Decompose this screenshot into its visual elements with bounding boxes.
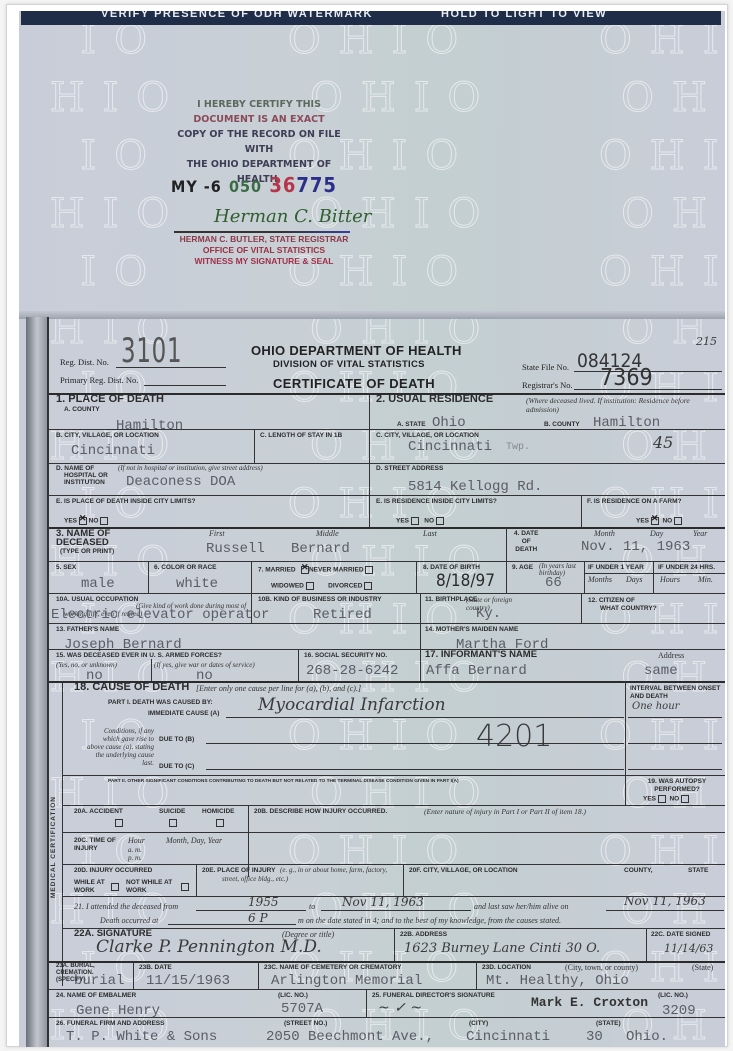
- physician-address: 1623 Burney Lane Cinti 30 O.: [404, 941, 600, 956]
- residence-limits-options: YES NO: [396, 517, 444, 525]
- father-label: 13. FATHER'S NAME: [56, 626, 119, 634]
- label-line: OF: [514, 538, 538, 546]
- year-label: Year: [693, 529, 707, 538]
- attended-from-label: 21. I attended the deceased from: [74, 902, 178, 911]
- location-label: 23d. LOCATION: [482, 964, 531, 972]
- row-rule: [49, 495, 725, 496]
- length-of-stay-label: c. LENGTH OF STAY IN 1b: [260, 432, 342, 440]
- division-title: DIVISION OF VITAL STATISTICS: [273, 359, 425, 370]
- registrar-block: HERMAN C. BUTLER, STATE REGISTRAR OFFICE…: [164, 234, 364, 267]
- primary-reg-label: Primary Reg. Dist. No.: [60, 375, 138, 385]
- describe-injury-note: (Enter nature of injury in Part I or Par…: [424, 807, 586, 816]
- divorced-checkbox[interactable]: [364, 582, 372, 590]
- due-to-b-label: DUE TO (b): [159, 736, 194, 744]
- middle-name-value: Bernard: [291, 541, 350, 557]
- suicide-label: SUICIDE: [159, 808, 185, 816]
- due-to-c-label: DUE TO (c): [159, 763, 194, 771]
- ssn-label: 16. SOCIAL SECURITY NO.: [304, 652, 387, 660]
- city-label: b. CITY, VILLAGE, OR LOCATION: [56, 432, 159, 440]
- state-file-label: State File No.: [522, 362, 569, 372]
- date-of-death-label: 4. DATE OF DEATH: [514, 530, 538, 554]
- director-name-value: Mark E. Croxton: [531, 995, 648, 1010]
- autopsy-no-checkbox[interactable]: [681, 795, 689, 803]
- reg-dist-label: Reg. Dist. No.: [60, 357, 109, 367]
- hospital-label: INSTITUTION: [64, 479, 105, 487]
- cemetery-label: 23c. NAME OF CEMETERY OR CREMATORY: [264, 964, 401, 972]
- answer-line: [168, 924, 296, 925]
- interval-value: One hour: [632, 701, 679, 712]
- stamp-line: I HEREBY CERTIFY THIS: [164, 97, 354, 112]
- autopsy-options: YES NO: [643, 795, 689, 803]
- death-city-value: Cincinnati: [71, 443, 155, 459]
- name-label-line: DECEASED: [56, 538, 110, 547]
- never-married-label: NEVER MARRIED: [309, 567, 364, 574]
- column-divider: [369, 495, 370, 527]
- am-pm-label: a. m. p. m.: [128, 846, 148, 862]
- residence-zone-value: 45: [653, 433, 673, 452]
- homicide-label: HOMICIDE: [202, 808, 235, 816]
- age-label-text: 9. AGE: [512, 564, 533, 571]
- column-divider: [251, 593, 252, 623]
- interval-label: INTERVAL BETWEEN ONSET AND DEATH: [630, 685, 722, 701]
- firm-state-label: (STATE): [596, 1020, 621, 1028]
- label-line: DEATH: [514, 546, 538, 554]
- banner-right-text: HOLD TO LIGHT TO VIEW: [441, 11, 607, 21]
- physician-signature: Clarke P. Pennington M.D.: [96, 937, 322, 957]
- mother-label: 14. MOTHER'S MAIDEN NAME: [425, 626, 518, 634]
- sex-value: male: [81, 576, 115, 592]
- column-divider: [394, 928, 395, 961]
- no-checkbox[interactable]: [674, 517, 682, 525]
- type-or-print-label: (TYPE OR PRINT): [60, 548, 114, 556]
- cause-code: 4201: [476, 719, 552, 754]
- funeral-firm-city: Cincinnati: [466, 1029, 550, 1045]
- answer-line: [321, 910, 471, 911]
- first-name-value: Russell: [206, 541, 265, 557]
- hours-label: Hours: [660, 575, 680, 584]
- yes-checkbox[interactable]: [651, 517, 659, 525]
- embalmer-lic-label: (LIC. NO.): [278, 992, 308, 1000]
- answer-line: [628, 717, 722, 718]
- street-no-label: (STREET NO.): [284, 1020, 327, 1028]
- no-checkbox[interactable]: [436, 517, 444, 525]
- column-divider: [298, 649, 299, 681]
- column-divider: [420, 593, 421, 623]
- while-at-work-checkbox[interactable]: [111, 883, 119, 891]
- cause-of-death-label: 18. CAUSE OF DEATH: [74, 684, 189, 692]
- column-divider: [366, 989, 367, 1017]
- embalmer-label: 24. NAME OF EMBALMER: [56, 992, 136, 1000]
- label-line: 12. CITIZEN OF: [588, 597, 657, 605]
- burial-type-value: burial: [74, 973, 124, 989]
- autopsy-label: 19. WAS AUTOPSY PERFORMED?: [632, 778, 722, 794]
- attended-to-value: Nov 11, 1963: [342, 895, 424, 909]
- widowed-row: WIDOWED DIVORCED: [271, 582, 372, 590]
- age-label: 9. AGE: [512, 564, 533, 572]
- armed-forces-label: 15. WAS DECEASED EVER IN U. S. ARMED FOR…: [56, 652, 222, 660]
- first-label: First: [209, 529, 225, 538]
- usual-residence-label: 2. USUAL RESIDENCE: [376, 396, 493, 404]
- funeral-firm-name: T. P. White & Sons: [66, 1029, 217, 1045]
- place-of-death-label: 1. PLACE OF DEATH: [56, 396, 164, 404]
- label-line: WHAT COUNTRY?: [588, 605, 657, 613]
- state-label: a. STATE: [397, 421, 426, 429]
- describe-injury-label: 20b. DESCRIBE HOW INJURY OCCURRED.: [254, 808, 387, 816]
- row-rule: [49, 593, 725, 594]
- column-divider: [584, 561, 585, 593]
- no-label: NO: [662, 518, 672, 525]
- middle-label: Middle: [316, 529, 339, 538]
- birth-date-value: 8/18/97: [436, 571, 495, 591]
- not-while-at-work-checkbox[interactable]: [181, 883, 189, 891]
- row-rule: [49, 561, 725, 562]
- registrar-line: HERMAN C. BUTLER, STATE REGISTRAR: [164, 234, 364, 245]
- certificate-form: MEDICAL CERTIFICATION Reg. Dist. No. 310…: [26, 317, 725, 1047]
- row-rule: [62, 832, 725, 833]
- row-rule: [584, 573, 725, 574]
- document-page: IO OHIO OHIO OHIO OHIO HIO OHIO OHIO OHI…: [6, 4, 728, 1047]
- column-divider: [420, 649, 421, 681]
- street-address-value: 5814 Kellogg Rd.: [408, 479, 542, 495]
- autopsy-yes-checkbox[interactable]: [658, 795, 666, 803]
- residence-county-label: b. COUNTY: [544, 421, 580, 429]
- death-occurred-label: Death occurred at: [100, 916, 158, 925]
- stamp-line: COPY OF THE RECORD ON FILE WITH: [164, 127, 354, 157]
- medical-border: [62, 681, 63, 986]
- accident-checkbox[interactable]: [115, 819, 123, 827]
- stamp-line: DOCUMENT IS AN EXACT: [164, 112, 354, 127]
- serial-part: 6: [211, 177, 222, 196]
- column-divider: [653, 561, 654, 593]
- farm-options: YES NO: [636, 517, 682, 525]
- serial-part: 0: [251, 177, 262, 196]
- informant-address-label: Address: [658, 651, 684, 660]
- answer-line: [206, 769, 624, 770]
- suicide-checkbox[interactable]: [169, 819, 177, 827]
- row-rule: [62, 864, 725, 865]
- while-at-work-label: WHILE AT WORK: [74, 879, 112, 895]
- residence-city-suffix: Twp.: [506, 442, 530, 453]
- burial-date-label: 23b. DATE: [139, 964, 172, 972]
- conditions-note: Conditions, if any which gave rise to ab…: [86, 727, 154, 767]
- residence-city-value: Cincinnati: [408, 439, 492, 455]
- column-divider: [506, 527, 507, 561]
- hour-label: Hour: [128, 836, 145, 845]
- residence-limits-label: e. IS RESIDENCE INSIDE CITY LIMITS?: [376, 498, 497, 506]
- yes-checkbox[interactable]: [411, 517, 419, 525]
- yes-label: YES: [396, 518, 409, 525]
- director-lic-label: (LIC. NO.): [658, 992, 688, 1000]
- serial-part: 36: [269, 173, 296, 197]
- hospital-value: Deaconess DOA: [126, 474, 235, 490]
- registrar-signature: Herman C. Bitter: [214, 206, 371, 227]
- informant-address-value: same: [644, 663, 678, 679]
- widowed-label: WIDOWED: [271, 583, 304, 590]
- age-value: 66: [545, 575, 562, 591]
- director-signature-scrawl: ~ ✓ ~: [378, 1000, 422, 1016]
- name-label: 3. NAME OF DECEASED: [56, 529, 110, 547]
- row-rule: [62, 805, 725, 806]
- director-signature-label: 25. FUNERAL DIRECTOR'S SIGNATURE: [372, 992, 495, 1000]
- death-certificate: IO OHIO OHIO OHIO OHIO HIO OHIO OHIO OHI…: [19, 11, 725, 1047]
- margin-note: 215: [696, 335, 717, 348]
- hospital-note: (If not in hospital or institution, give…: [118, 464, 263, 472]
- father-value: Joseph Bernard: [64, 637, 182, 653]
- watermark-banner: VERIFY PRESENCE OF ODH WATERMARK HOLD TO…: [21, 11, 721, 25]
- date-signed-label: 22c. DATE SIGNED: [651, 931, 710, 939]
- stamp-serial-number: MY -6 050 36775: [171, 173, 337, 197]
- column-divider: [581, 495, 582, 527]
- column-divider: [133, 961, 134, 989]
- column-divider: [476, 961, 477, 989]
- never-married-checkbox[interactable]: [365, 566, 373, 574]
- informant-label: 17. INFORMANT'S NAME: [425, 651, 537, 659]
- cemetery-value: Arlington Memorial: [271, 973, 422, 989]
- last-saw-label: and last saw her/him alive on: [474, 902, 568, 911]
- row-rule: [49, 623, 725, 624]
- funeral-firm-street: 2050 Beechmont Ave.,: [266, 1029, 434, 1045]
- section-rule: [49, 527, 725, 529]
- column-divider: [581, 593, 582, 623]
- date-of-death-value: Nov. 11, 1963: [581, 539, 690, 555]
- injury-county-label: COUNTY,: [624, 867, 653, 875]
- funeral-firm-zone: 30: [586, 1029, 603, 1045]
- citizen-label: 12. CITIZEN OF WHAT COUNTRY?: [588, 597, 657, 612]
- divorced-label: DIVORCED: [328, 583, 362, 590]
- column-divider: [625, 681, 626, 805]
- married-checkbox[interactable]: [301, 566, 309, 574]
- race-value: white: [176, 576, 218, 592]
- serial-part: 05: [229, 177, 251, 196]
- yes-label: YES: [636, 518, 649, 525]
- serial-part: 775: [296, 173, 337, 197]
- last-label: Last: [423, 529, 437, 538]
- banner-left-text: VERIFY PRESENCE OF ODH WATERMARK: [101, 11, 373, 21]
- informant-value: Affa Bernard: [426, 663, 527, 679]
- column-divider: [506, 561, 507, 593]
- answer-line: [206, 743, 624, 744]
- column-divider: [258, 961, 259, 989]
- cause-note: [Enter only one cause per line for (a), …: [196, 684, 361, 693]
- death-time-value: 6 P: [248, 911, 268, 925]
- widowed-checkbox[interactable]: [306, 582, 314, 590]
- injury-state-label: STATE: [688, 867, 708, 875]
- column-divider: [403, 864, 404, 896]
- funeral-firm-state: Ohio.: [626, 1029, 668, 1045]
- registrar-line: OFFICE OF VITAL STATISTICS: [164, 245, 364, 256]
- row-rule: [62, 775, 725, 776]
- column-divider: [416, 561, 417, 593]
- under-1-year-label: If Under 1 Year: [588, 564, 644, 572]
- serial-prefix: MY -: [171, 177, 211, 196]
- column-divider: [369, 393, 370, 495]
- column-divider: [196, 864, 197, 896]
- yes-checkbox[interactable]: [79, 517, 87, 525]
- ssn-value: 268-28-6242: [306, 663, 398, 679]
- column-divider: [148, 561, 149, 593]
- month-day-year-label: Month, Day, Year: [166, 836, 222, 845]
- place-of-injury-note: (e. g., in or about home, farm, factory,…: [222, 866, 398, 884]
- column-divider: [151, 659, 152, 681]
- reg-dist-number: 3101: [121, 331, 182, 371]
- answer-line: [628, 769, 722, 770]
- injury-occurred-label: 20d. INJURY OCCURRED: [74, 867, 152, 875]
- county-label: a. COUNTY: [64, 406, 100, 414]
- row-rule: [49, 649, 725, 650]
- column-divider: [251, 561, 252, 593]
- part2-label: PART II. OTHER SIGNIFICANT CONDITIONS CO…: [108, 778, 459, 786]
- homicide-checkbox[interactable]: [216, 819, 224, 827]
- min-label: Min.: [698, 575, 713, 584]
- days-label: Days: [626, 575, 642, 584]
- scan-edge: [26, 317, 48, 1047]
- not-while-at-work-label: NOT WHILE AT WORK: [126, 879, 178, 895]
- married-label: 7. MARRIED: [258, 567, 296, 574]
- location-state-label: (State): [692, 963, 713, 972]
- day-label: Day: [650, 529, 663, 538]
- answer-line: [226, 717, 624, 718]
- residence-note: (Where deceased lived. If institution: R…: [526, 396, 721, 414]
- death-occurred-suffix: m on the date stated in 4; and to the be…: [298, 916, 561, 925]
- answer-line: [606, 910, 724, 911]
- married-row: 7. MARRIED NEVER MARRIED: [258, 566, 373, 574]
- department-title: OHIO DEPARTMENT OF HEALTH: [251, 343, 462, 358]
- under-24-hrs-label: If Under 24 Hrs.: [658, 564, 715, 572]
- attended-to-label: to: [309, 902, 315, 911]
- yes-label: YES: [64, 518, 77, 525]
- location-note: (City, town, or county): [565, 963, 638, 972]
- address-label: 22b. ADDRESS: [400, 931, 447, 939]
- certificate-title: CERTIFICATE OF DEATH: [273, 376, 435, 391]
- months-label: Months: [588, 575, 612, 584]
- yes-label: YES: [643, 796, 656, 803]
- occupation-value: Electric elevator operator: [51, 607, 269, 623]
- firm-city-label: (CITY): [469, 1020, 488, 1028]
- city-limits-options: YES NO: [64, 517, 108, 525]
- immediate-cause-label: IMMEDIATE CAUSE (a): [148, 710, 219, 718]
- time-of-injury-label: 20c. TIME OF INJURY: [74, 837, 124, 853]
- no-checkbox[interactable]: [100, 517, 108, 525]
- column-divider: [646, 928, 647, 961]
- no-label: NO: [89, 518, 99, 525]
- label-line: 4. DATE: [514, 530, 538, 538]
- sex-label: 5. SEX: [56, 564, 76, 572]
- month-label: Month: [594, 529, 615, 538]
- column-divider: [254, 429, 255, 463]
- race-label: 6. COLOR OR RACE: [154, 564, 216, 572]
- signature-line: [174, 231, 350, 233]
- injury-city-label: 20f. CITY, VILLAGE, OR LOCATION: [409, 867, 518, 875]
- burial-date-value: 11/15/1963: [146, 973, 230, 989]
- no-label: NO: [424, 518, 434, 525]
- row-rule: [49, 429, 725, 430]
- street-address-label: d. STREET ADDRESS: [376, 465, 443, 473]
- farm-label: f. IS RESIDENCE ON A FARM?: [587, 498, 682, 506]
- registrar-line: WITNESS MY SIGNATURE & SEAL: [164, 256, 364, 267]
- city-limits-label: e. IS PLACE OF DEATH INSIDE CITY LIMITS?: [56, 498, 196, 506]
- rule: [144, 385, 226, 386]
- location-value: Mt. Healthy, Ohio: [486, 973, 629, 989]
- funeral-firm-label: 26. FUNERAL FIRM AND ADDRESS: [56, 1020, 164, 1028]
- birthplace-value: Ky.: [476, 606, 501, 622]
- medical-certification-label: MEDICAL CERTIFICATION: [50, 747, 60, 947]
- registrar-no-label: Registrar's No.: [522, 380, 573, 390]
- answer-line: [628, 743, 722, 744]
- business-label: 10b. KIND OF BUSINESS OR INDUSTRY: [258, 596, 382, 604]
- accident-label: 20a. ACCIDENT: [74, 808, 123, 816]
- row-rule: [49, 989, 725, 990]
- date-signed-value: 11/14/63: [664, 942, 713, 955]
- attended-from-value: 1955: [248, 895, 279, 909]
- registrars-number: 7369: [600, 365, 653, 391]
- embalmer-lic-value: 5707A: [281, 1001, 323, 1017]
- last-saw-value: Nov 11, 1963: [624, 894, 706, 908]
- row-rule: [49, 1017, 725, 1018]
- immediate-cause-value: Myocardial Infarction: [258, 695, 446, 715]
- part1-label: PART I. DEATH WAS CAUSED BY:: [108, 699, 213, 707]
- business-value: Retired: [313, 607, 372, 623]
- no-label: NO: [669, 796, 679, 803]
